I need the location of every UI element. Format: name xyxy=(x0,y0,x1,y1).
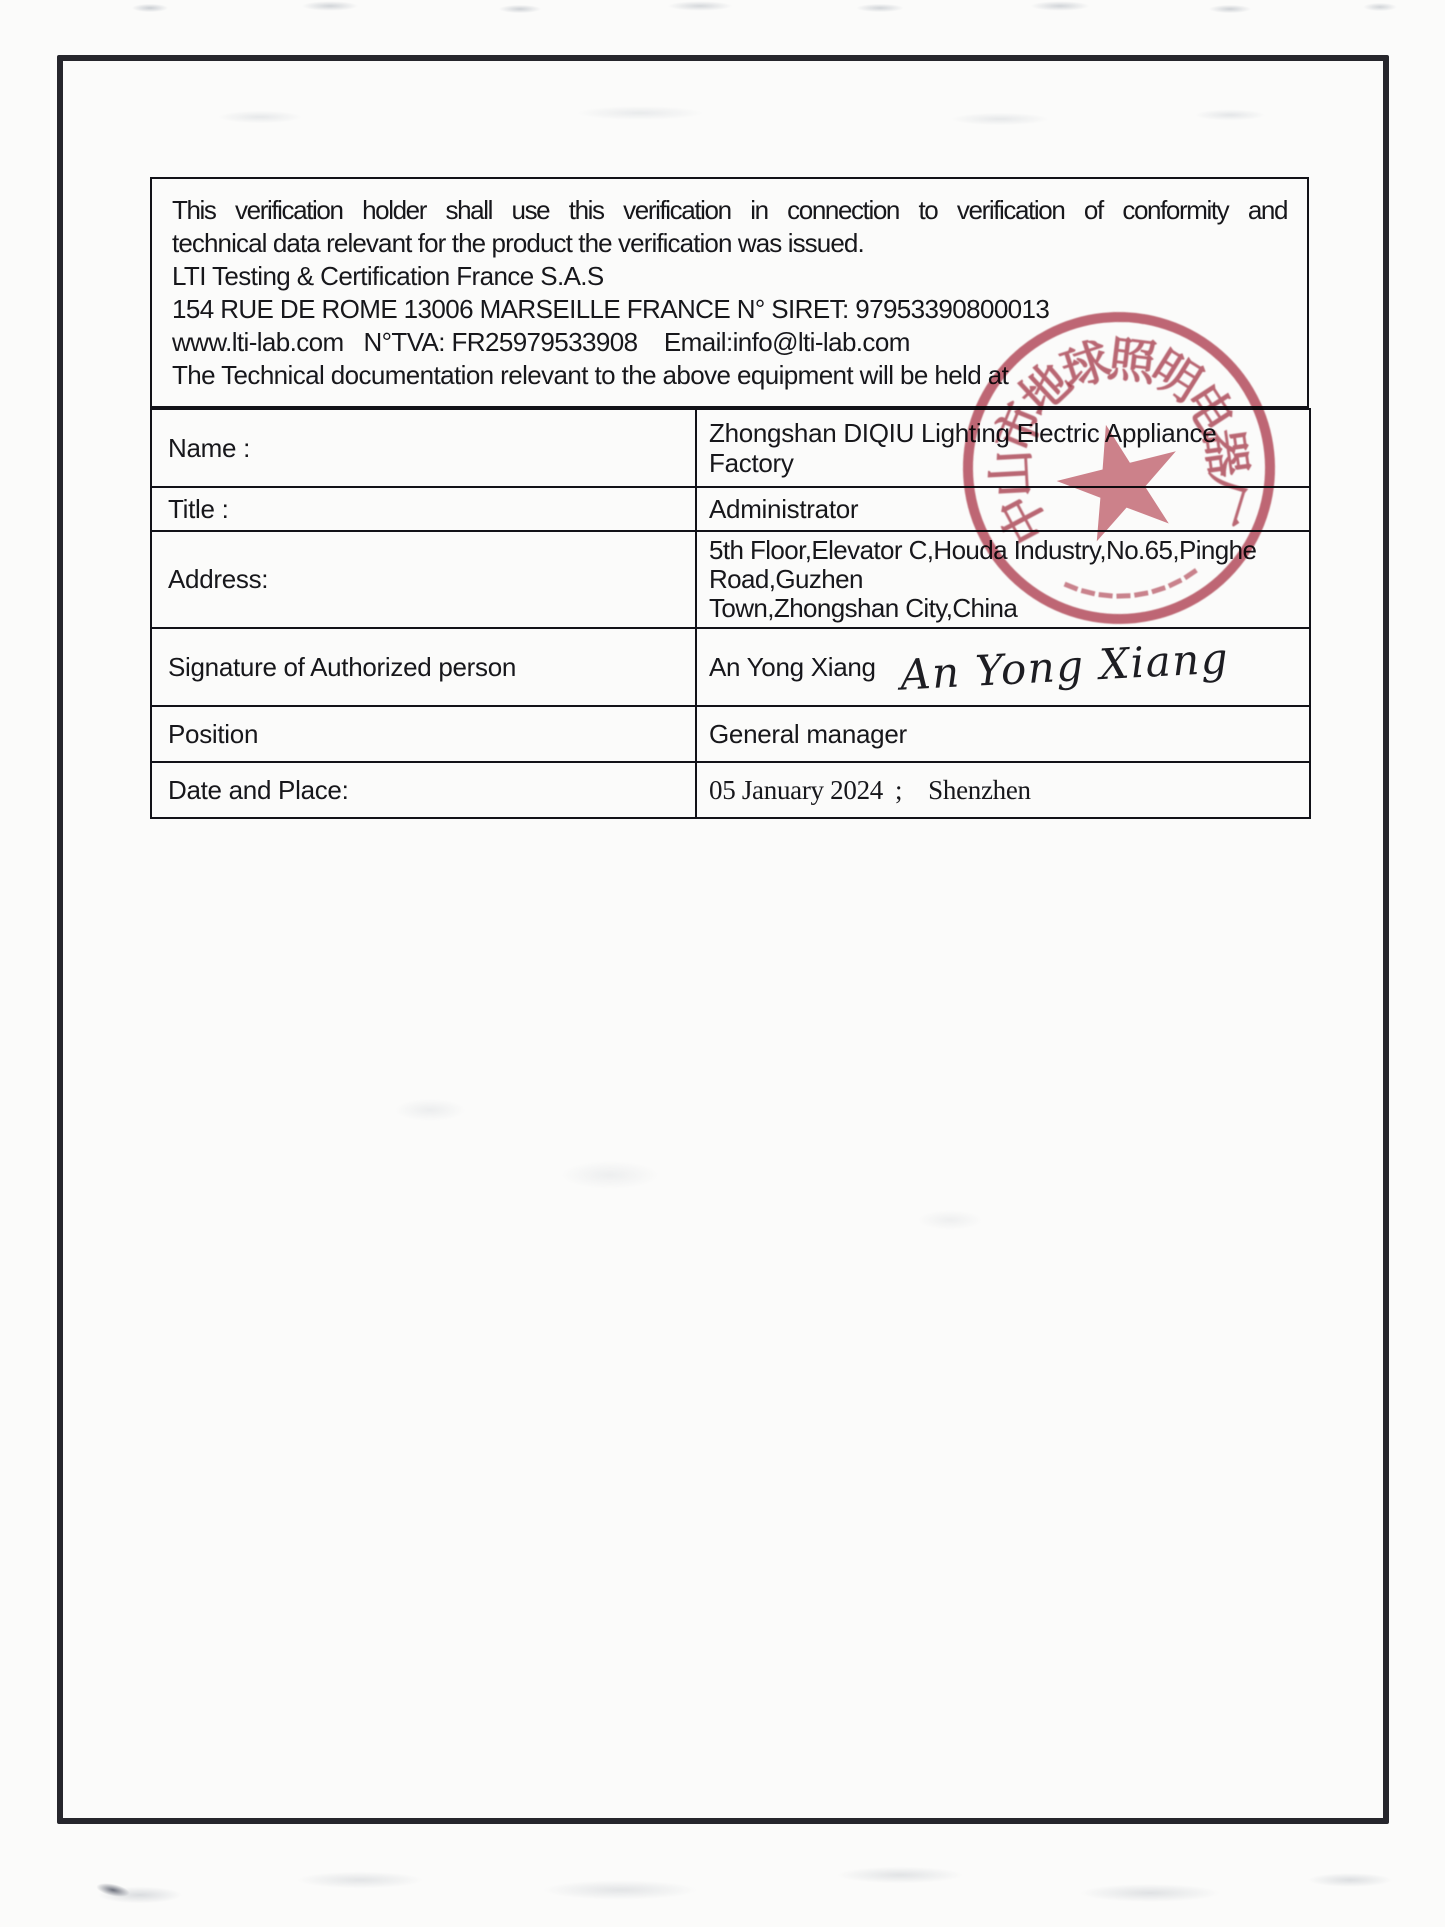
position-value: General manager xyxy=(696,706,1310,762)
signature-label: Signature of Authorized person xyxy=(151,628,696,706)
date-place-value: 05 January 2024;Shenzhen xyxy=(696,762,1310,818)
address-label: Address: xyxy=(151,531,696,628)
verification-info-box: This verification holder shall use this … xyxy=(150,177,1309,408)
address-line-3: Town,Zhongshan City,China xyxy=(709,594,1297,623)
date-place-label: Date and Place: xyxy=(151,762,696,818)
table-row-address: Address: 5th Floor,Elevator C,Houda Indu… xyxy=(151,531,1310,628)
signature-value: An Yong Xiang An Yong Xiang xyxy=(696,628,1310,706)
scan-noise-top xyxy=(0,0,1445,18)
table-row-date-place: Date and Place: 05 January 2024;Shenzhen xyxy=(151,762,1310,818)
table-row-signature: Signature of Authorized person An Yong X… xyxy=(151,628,1310,706)
table-row-position: Position General manager xyxy=(151,706,1310,762)
signature-content: An Yong Xiang An Yong Xiang xyxy=(709,652,1297,682)
info-paragraph-line1: This verification holder shall use this … xyxy=(172,194,1287,227)
name-value: Zhongshan DIQIU Lighting Electric Applia… xyxy=(696,409,1310,487)
company-registry-line: 154 RUE DE ROME 13006 MARSEILLE FRANCE N… xyxy=(172,293,1287,326)
address-line-2: Road,Guzhen xyxy=(709,565,1297,594)
certificate-holder-table: Name : Zhongshan DIQIU Lighting Electric… xyxy=(150,408,1311,819)
scan-noise-bottom xyxy=(0,1845,1445,1927)
table-row-name: Name : Zhongshan DIQIU Lighting Electric… xyxy=(151,409,1310,487)
address-line-1: 5th Floor,Elevator C,Houda Industry,No.6… xyxy=(709,536,1297,565)
technical-documentation-line: The Technical documentation relevant to … xyxy=(172,359,1287,392)
signature-printed-name: An Yong Xiang xyxy=(709,652,876,682)
date-place-separator: ; xyxy=(895,775,902,805)
title-label: Title : xyxy=(151,487,696,531)
company-contact-line: www.lti-lab.com N°TVA: FR25979533908 Ema… xyxy=(172,326,1287,359)
company-name-line: LTI Testing & Certification France S.A.S xyxy=(172,260,1287,293)
date-value: 05 January 2024 xyxy=(709,775,883,805)
place-value: Shenzhen xyxy=(928,775,1031,805)
name-label: Name : xyxy=(151,409,696,487)
address-value: 5th Floor,Elevator C,Houda Industry,No.6… xyxy=(696,531,1310,628)
scanned-document-page: This verification holder shall use this … xyxy=(0,0,1445,1927)
position-label: Position xyxy=(151,706,696,762)
info-paragraph-line2: technical data relevant for the product … xyxy=(172,227,1287,260)
title-value: Administrator xyxy=(696,487,1310,531)
signature-handwritten: An Yong Xiang xyxy=(899,643,1229,690)
table-row-title: Title : Administrator xyxy=(151,487,1310,531)
